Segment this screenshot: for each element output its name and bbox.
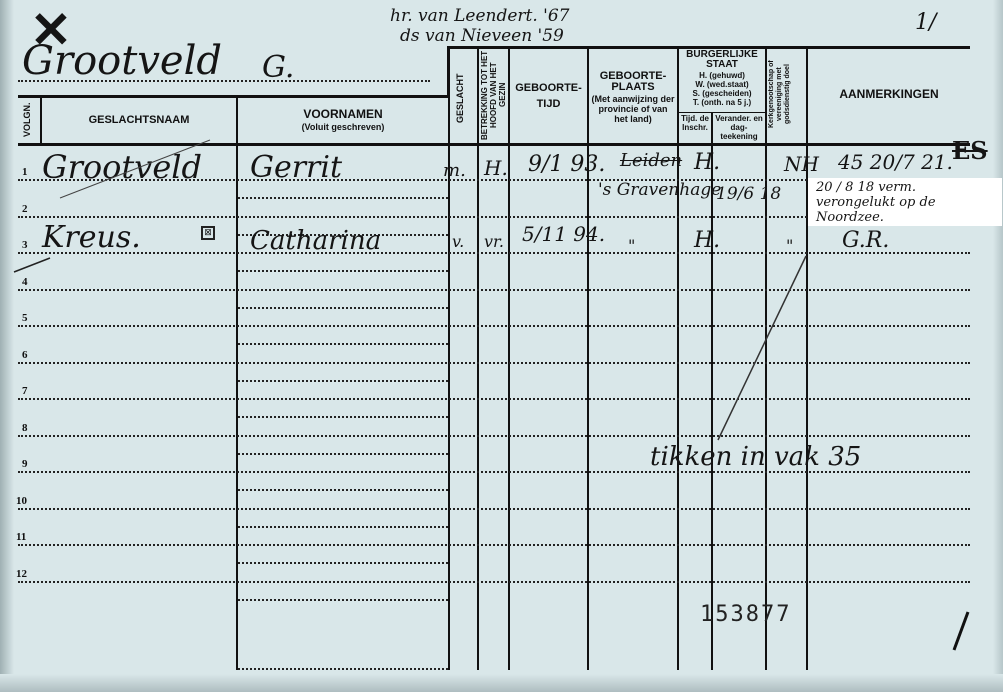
pen-strokes	[0, 0, 1003, 692]
registration-card: Grootveld G. ✕ hr. van Leendert. '67 ds …	[0, 0, 1003, 692]
